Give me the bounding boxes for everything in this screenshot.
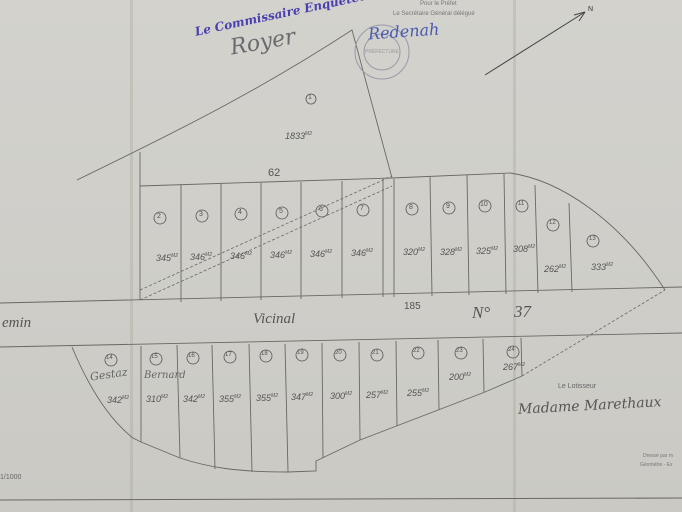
lot-7-area: 346M2 <box>351 248 373 258</box>
road-label-vicinal: Vicinal <box>253 311 295 328</box>
lot-15-area: 310M2 <box>146 394 168 404</box>
plan-drawing <box>0 0 682 512</box>
lot-4-number: 4 <box>238 209 242 216</box>
lot-19-number: 19 <box>297 350 304 356</box>
north-label: N <box>588 6 593 13</box>
lot-17-number: 17 <box>225 352 232 358</box>
lot-9-area: 328M2 <box>440 247 462 257</box>
lot-20-number: 20 <box>335 350 342 356</box>
lot-3-area: 346M2 <box>190 252 212 262</box>
road-label-left: emin <box>2 315 31 332</box>
lot-8-area: 320M2 <box>403 247 425 257</box>
lot-11-number: 11 <box>518 201 524 207</box>
lot-10-number: 10 <box>480 201 488 208</box>
lot-24-area: 267M2 <box>503 362 525 372</box>
lot-2-number: 2 <box>157 213 161 220</box>
lot-22-number: 22 <box>413 348 420 354</box>
lot-20-area: 300M2 <box>330 391 352 401</box>
lot-8-number: 8 <box>409 204 413 211</box>
lot-21-area: 257M2 <box>366 390 388 400</box>
scale-label: 1/1000 <box>0 474 21 481</box>
lot-16-area: 342M2 <box>183 394 205 404</box>
lot-11-area: 308M2 <box>513 244 535 254</box>
prefet-line-1: Pour le Préfet <box>420 1 457 7</box>
lot-4-area: 346M2 <box>230 251 252 261</box>
lot-10-area: 325M2 <box>476 246 498 256</box>
lot-18-area: 355M2 <box>256 393 278 403</box>
north-arrow-icon <box>485 12 585 75</box>
lot-23-area: 200M2 <box>449 372 471 382</box>
lot-13-number: 13 <box>589 236 596 242</box>
lot-23-number: 23 <box>456 348 463 354</box>
lot-15-number: 15 <box>151 354 158 360</box>
lot-21-number: 21 <box>372 350 379 356</box>
lot-19-area: 347M2 <box>291 392 313 402</box>
road-top-note: 62 <box>268 167 280 179</box>
lot-16-number: 16 <box>188 353 195 359</box>
drawn-by-line-2: Géomètre - Ex <box>640 462 673 468</box>
lot-15-owner-note: Bernard <box>144 370 186 381</box>
lot-12-area: 262M2 <box>544 264 566 274</box>
road-label-no: N° <box>472 303 490 323</box>
lot-7-number: 7 <box>360 205 364 212</box>
lot-5-area: 346M2 <box>270 250 292 260</box>
lot-9-number: 9 <box>446 203 450 210</box>
lot-6-number: 6 <box>319 206 323 213</box>
drawn-by-line-1: Dressé par m <box>643 453 673 459</box>
lot-14-area: 342M2 <box>107 395 129 405</box>
lot-22-area: 255M2 <box>407 388 429 398</box>
lot-14-number: 14 <box>106 355 113 361</box>
lot-6-area: 346M2 <box>310 249 332 259</box>
lot-5-number: 5 <box>279 208 283 215</box>
prefet-line-2: Le Secrétaire Général délégué <box>393 11 475 17</box>
lot-2-area: 345M2 <box>156 253 178 263</box>
lot-13-area: 333M2 <box>591 262 613 272</box>
cadastral-plan-sheet: Le Commissaire Enquêteur Royer Pour le P… <box>0 0 682 512</box>
lotisseur-label: Le Lotisseur <box>558 383 596 390</box>
road-width-note: 185 <box>404 301 421 312</box>
lot-18-number: 18 <box>261 351 268 357</box>
lot-17-area: 355M2 <box>219 394 241 404</box>
lot-3-number: 3 <box>199 211 203 218</box>
lot-1-area: 1833M2 <box>285 131 312 141</box>
stamp-text: PRÉFECTURE <box>365 49 399 55</box>
lot-12-number: 12 <box>549 220 556 226</box>
lot-24-number: 24 <box>508 347 515 353</box>
road-label-number: 37 <box>514 302 531 322</box>
lot-1-number: 1 <box>308 94 312 101</box>
